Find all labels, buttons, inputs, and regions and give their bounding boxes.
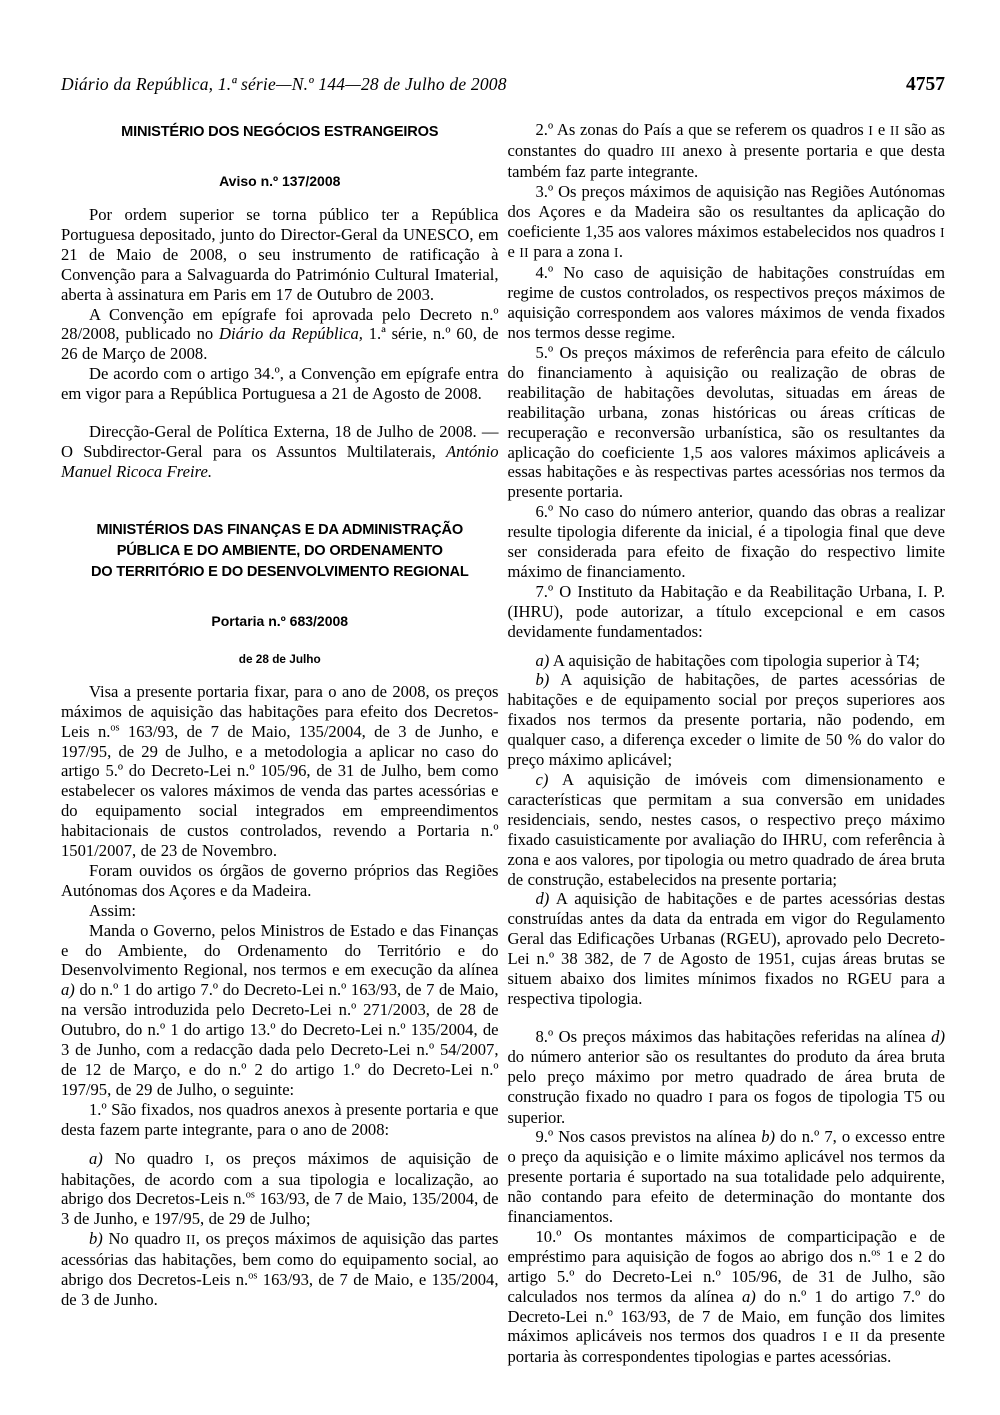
paragraph: Visa a presente portaria fixar, para o a… — [61, 682, 499, 861]
paragraph: 4.º No caso de aquisição de habitações c… — [508, 263, 946, 343]
paragraph: 3.º Os preços máximos de aquisição nas R… — [508, 182, 946, 264]
paragraph: Manda o Governo, pelos Ministros de Esta… — [61, 921, 499, 1100]
section-ministerios-financas: MINISTÉRIOS DAS FINANÇAS E DA ADMINISTRA… — [61, 520, 499, 1310]
paragraph: De acordo com o artigo 34.º, a Convenção… — [61, 364, 499, 404]
paragraph: 2.º As zonas do País a que se referem os… — [508, 120, 946, 182]
paragraph: A Convenção em epígrafe foi aprovada pel… — [61, 305, 499, 365]
paragraph: 5.º Os preços máximos de referência para… — [508, 343, 946, 502]
portaria-title: Portaria n.º 683/2008 — [61, 613, 499, 629]
paragraph: 8.º Os preços máximos das habitações ref… — [508, 1027, 946, 1128]
aviso-body: Por ordem superior se torna público ter … — [61, 205, 499, 482]
content-columns: MINISTÉRIO DOS NEGÓCIOS ESTRANGEIROS Avi… — [61, 112, 945, 1367]
aviso-title: Aviso n.º 137/2008 — [61, 173, 499, 189]
gazette-page: Diário da República, 1.ª série—N.º 144—2… — [0, 0, 1000, 1415]
paragraph: Assim: — [61, 901, 499, 921]
portaria-body-right: 2.º As zonas do País a que se referem os… — [508, 120, 946, 1367]
paragraph: a) No quadro i, os preços máximos de aqu… — [61, 1149, 499, 1230]
right-column: 2.º As zonas do País a que se referem os… — [508, 112, 946, 1367]
paragraph: 1.º São fixados, nos quadros anexos à pr… — [61, 1100, 499, 1140]
paragraph: Direcção-Geral de Política Externa, 18 d… — [61, 422, 499, 482]
journal-title: Diário da República, 1.ª série—N.º 144—2… — [61, 74, 507, 95]
paragraph: Foram ouvidos os órgãos de governo própr… — [61, 861, 499, 901]
paragraph: b) A aquisição de habitações, de partes … — [508, 670, 946, 770]
page-number: 4757 — [906, 74, 945, 96]
paragraph: Por ordem superior se torna público ter … — [61, 205, 499, 305]
ministry-heading: MINISTÉRIO DOS NEGÓCIOS ESTRANGEIROS — [61, 122, 499, 143]
paragraph: 6.º No caso do número anterior, quando d… — [508, 502, 946, 582]
ministry-heading: MINISTÉRIOS DAS FINANÇAS E DA ADMINISTRA… — [61, 520, 499, 583]
portaria-date-subtitle: de 28 de Julho — [61, 652, 499, 666]
paragraph: a) A aquisição de habitações com tipolog… — [508, 651, 946, 671]
paragraph: 7.º O Instituto da Habitação e da Reabil… — [508, 582, 946, 642]
page-header: Diário da República, 1.ª série—N.º 144—2… — [61, 74, 945, 96]
paragraph: c) A aquisição de imóveis com dimensiona… — [508, 770, 946, 889]
paragraph: 9.º Nos casos previstos na alínea b) do … — [508, 1127, 946, 1227]
portaria-body-left: Visa a presente portaria fixar, para o a… — [61, 682, 499, 1310]
paragraph: b) No quadro ii, os preços máximos de aq… — [61, 1229, 499, 1310]
paragraph: 10.º Os montantes máximos de comparticip… — [508, 1227, 946, 1367]
section-ministerio-negocios-estrangeiros: MINISTÉRIO DOS NEGÓCIOS ESTRANGEIROS Avi… — [61, 122, 499, 482]
left-column: MINISTÉRIO DOS NEGÓCIOS ESTRANGEIROS Avi… — [61, 112, 499, 1367]
paragraph: d) A aquisição de habitações e de partes… — [508, 889, 946, 1008]
